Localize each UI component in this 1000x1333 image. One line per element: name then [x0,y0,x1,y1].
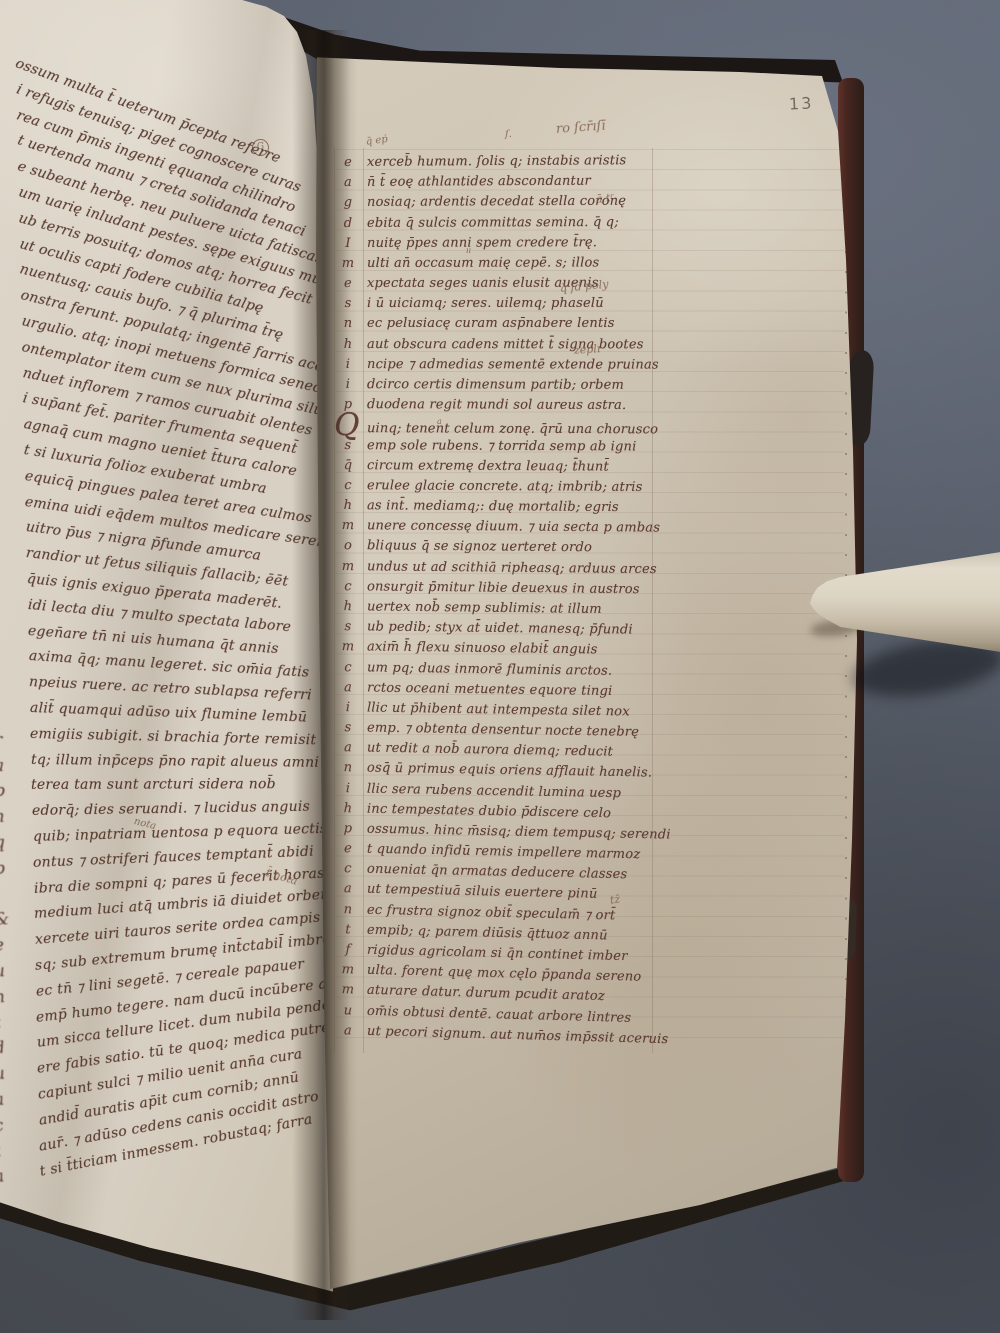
line-text: unere concessę diuum. ⁊ uia secta p amba… [367,518,660,535]
marginal-gloss: ſ. [505,129,512,140]
line-text: dcirco certis dimensum partib; orbem [367,377,624,393]
line-text: undus ut ad scithiā ripheasq; arduus arc… [367,559,657,577]
versal-initial: s [336,619,360,634]
line-text: emp sole rubens. ⁊ torrida semp ab igni [367,438,637,454]
manuscript-line: quib; inpatriam uentosa p equora uectis [32,821,327,845]
line-text: aturare datur. durum pcudit aratoz [367,983,605,1004]
versal-initial: n [336,760,360,775]
line-text: ec frustra signoz obit̄ speculam̄ ⁊ ort̄ [367,902,616,923]
line-text: ub pedib; styx at̄ uidet. manesq; p̄fund… [367,619,633,637]
manuscript-line: p [0,781,5,801]
manuscript-line: tq; illum inp̄ceps p̄no rapit alueus amn… [31,752,319,771]
versal-initial: h [336,801,360,816]
versal-initial: Q [334,420,358,430]
manuscript-line: npeius ruere. ac retro sublapsa referri [29,674,313,703]
versal-initial: m [336,982,360,998]
bounding-line-left [334,148,335,1053]
manuscript-line: aut redit a nob̄ aurora diemq; reducit [336,740,613,760]
manuscript-line: multi an̄ occasum maię cepē. s; illos [336,255,599,271]
manuscript-line: t [0,1142,3,1163]
line-text: onueniat q̄n armatas deducere classes [367,862,628,883]
versal-initial: m [336,962,360,978]
line-text: n̄ t̄ eoę athlantides abscondantur [367,174,591,190]
quire-mark: G [252,139,269,156]
versal-initial: a [336,680,360,695]
marginal-gloss: zeṕlı [574,342,601,357]
manuscript-line: q̄circum extremę dextra leuaq; t̄hunt̄ [336,458,609,475]
manuscript-line: nec pelusiacę curam asp̄nabere lentis [336,316,615,331]
manuscript-line: alit̄ quamqui adūso uix flumine lembū [29,700,307,726]
versal-initial: h [336,337,360,352]
versal-initial: e [336,276,360,291]
manuscript-line: et quando infidū remis impellere marmoz [336,841,641,862]
line-text: rigidus agricolam si q̄n continet imber [367,943,628,964]
line-text: um pq; duas inmorē fluminis arctos. [367,660,612,678]
manuscript-line: q [0,833,5,853]
line-text: llic sera rubens accendit lumina uesp [367,781,621,801]
line-text: i ū uiciamq; seres. uilemq; phaselū [367,296,604,311]
manuscript-line: an̄ t̄ eoę athlantides abscondantur [336,174,591,190]
versal-initial: u [336,1003,360,1019]
manuscript-line: e [0,935,5,956]
versal-initial: f [336,942,360,958]
bounding-line-right [652,148,653,1053]
versal-initial: o [336,538,360,553]
line-text: ebita q̄ sulcis committas semina. q̄ q; [367,214,619,230]
manuscript-line: obliquus q̄ se signoz uerteret ordo [336,538,592,555]
versal-initial: i [336,357,360,372]
versal-initial: n [336,902,360,918]
manuscript-line: n [0,987,6,1008]
line-text: osq̄ ū primus equis oriens afflauit hane… [367,761,652,781]
versal-initial: a [336,881,360,897]
manuscript-line: semp. ⁊ obtenta densentur nocte tenebrę [336,720,639,740]
manuscript-line: cum pq; duas inmorē fluminis arctos. [336,660,612,679]
manuscript-line: c [0,1115,5,1136]
manuscript-line: aut tempestiuā siluis euertere pinū [336,881,598,902]
manuscript-line: Quinq; tenent celum zonę. q̄rū una choru… [336,417,658,437]
marginal-gloss: ā tʳ [595,191,615,206]
marginal-gloss: q̄ eṕ [365,134,388,148]
versal-initial: g [336,195,360,210]
manuscript-line: pduodena regit mundi sol aureus astra. [336,397,626,413]
manuscript-line: t [0,1013,2,1034]
manuscript-line: munere concessę diuum. ⁊ uia secta p amb… [336,518,660,536]
versal-initial: i [336,781,360,796]
versal-initial: c [336,660,360,675]
versal-initial: c [336,861,360,877]
manuscript-line: si ū uiciamq; seres. uilemq; phaselū [336,296,604,311]
line-text: uertex nob̄ semp sublimis: at illum [367,599,602,617]
manuscript-line: arctos oceani metuentes equore tingi [336,680,613,699]
manuscript-line: a [0,756,4,776]
manuscript-line: p [0,858,5,878]
manuscript-line: & [0,909,10,930]
manuscript-line: d [0,1038,6,1059]
line-text: ulti an̄ occasum maię cepē. s; illos [367,255,599,271]
line-text: ut tempestiuā siluis euertere pinū [367,882,598,902]
line-text: ulta. forent quę mox cęlo p̄panda sereno [367,963,642,985]
manuscript-line: emigiis subigit. si brachia forte remisi… [30,726,317,748]
marginal-gloss: ıı [466,246,471,255]
manuscript-line: consurgit p̄mitur libie deuexus in austr… [336,579,640,597]
line-text: t quando infidū remis impellere marmoz [367,842,641,863]
manuscript-line: possumus. hinc m̄sisq; diem tempusq; ser… [336,821,671,843]
manuscript-line: illic sera rubens accendit lumina uesp [336,781,621,801]
manuscript-line: u [0,1064,6,1085]
line-text: emp. ⁊ obtenta densentur nocte tenebrę [367,721,639,740]
versal-initial: a [336,1023,360,1039]
marginal-gloss: a [437,417,442,426]
manuscript-photo: { "scene": { "description_colors": { "ba… [0,0,1000,1333]
manuscript-line: exerceb̄ humum. ſolis q; instabis aristi… [336,153,626,170]
versal-initial: s [336,720,360,735]
manuscript-line: u [0,961,6,982]
line-text: empib; q; parem diūsis q̄ttuoz annū [367,923,608,944]
manuscript-line: mundus ut ad scithiā ripheasq; arduus ar… [336,559,657,577]
manuscript-line: debita q̄ sulcis committas semina. q̄ q; [336,214,619,230]
marginal-gloss: tz̄ [609,893,621,907]
versal-initial: p [336,821,360,836]
versal-initial: m [336,559,360,574]
manuscript-line: tempib; q; parem diūsis q̄ttuoz annū [336,922,608,943]
manuscript-line: hinc tempestates dubio p̄discere celo [336,801,611,821]
manuscript-line: conueniat q̄n armatas deducere classes [336,861,628,882]
manuscript-line: cerulee glacie concrete. atq; imbrib; at… [336,478,643,495]
versal-initial: s [336,296,360,311]
line-text: inc tempestates dubio p̄discere celo [367,801,611,821]
line-text: circum extremę dextra leuaq; t̄hunt̄ [367,458,609,474]
versal-initial: a [336,175,360,190]
line-text: ut redit a nob̄ aurora diemq; reducit [367,741,613,760]
versal-initial: m [336,256,360,271]
versal-initial: e [336,155,360,170]
versal-initial: c [336,478,360,493]
manuscript-line: idcirco certis dimensum partib; orbem [336,377,624,393]
line-text: nuitę p̄pes anni spem credere t̄rę. [367,235,597,251]
manuscript-line: frigidus agricolam si q̄n continet imber [336,942,628,964]
manuscript-line: nosq̄ ū primus equis oriens afflauit han… [336,760,652,781]
folio-number: 13 [789,93,814,113]
marginal-gloss: ro ſcr̄ıſī [555,119,606,137]
versal-initial: t [336,922,360,938]
manuscript-line: has int̄. mediamq;: duę mortalib; egris [336,498,619,515]
manuscript-line: multa. forent quę mox cęlo p̄panda seren… [336,962,642,985]
manuscript-line: illic ut p̄hibent aut intempesta silet n… [336,700,630,719]
versal-initial: q̄ [336,458,360,473]
line-text: llic ut p̄hibent aut intempesta silet no… [367,700,630,719]
versal-initial: d [336,215,360,230]
versal-initial: i [336,377,360,392]
line-text: axim̄ h̄ flexu sinuoso elabit̄ anguis [367,640,598,658]
manuscript-line: terea tam sunt arcturi sidera nob̄ [31,777,276,794]
line-text: ut pecori signum. aut num̄os imp̄ssit ac… [367,1024,669,1047]
versal-initial: c [336,579,360,594]
versal-initial: e [336,841,360,856]
line-text: nosiaq; ardentis decedat stella coronę [367,194,626,210]
manuscript-line: huertex nob̄ semp sublimis: at illum [336,599,602,617]
line-text: duodena regit mundi sol aureus astra. [367,397,626,413]
versal-initial: a [336,740,360,755]
manuscript-line: semp sole rubens. ⁊ torrida semp ab igni [336,438,637,454]
manuscript-line: edorq̄; dies seruandi. ⁊ lucidus anguis [32,799,310,819]
manuscript-line: aut pecori signum. aut num̄os imp̄ssit a… [336,1023,669,1047]
manuscript-line: sub pedib; styx at̄ uidet. manesq; p̄fun… [336,619,633,638]
marginal-gloss: q̄ ſd poly [559,278,608,295]
line-text: erulee glacie concrete. atq; imbrib; atr… [367,478,643,495]
versal-initial: s [336,438,360,453]
manuscript-line: incipe ⁊ admedias sementē extende pruina… [336,357,659,373]
line-text: onsurgit p̄mitur libie deuexus in austro… [367,579,640,597]
versal-initial: m [336,639,360,654]
manuscript-line: a [0,1090,6,1111]
manuscript-line: a [0,1167,6,1189]
line-text: ec pelusiacę curam asp̄nabere lentis [367,316,615,331]
versal-initial: h [336,498,360,513]
manuscript-line: maxim̄ h̄ flexu sinuoso elabit̄ anguis [336,639,598,657]
manuscript-line: uom̄is obtusi dentē. cauat arbore lintre… [336,1003,632,1026]
line-text: om̄is obtusi dentē. cauat arbore lintres [367,1003,632,1025]
manuscript-line: gnosiaq; ardentis decedat stella coronę [336,194,626,210]
versal-initial: n [336,316,360,331]
line-text: as int̄. mediamq;: duę mortalib; egris [367,498,619,515]
line-text: bliquus q̄ se signoz uerteret ordo [367,539,592,556]
line-text: xerceb̄ humum. ſolis q; instabis aristis [367,153,626,170]
versal-initial: i [336,700,360,715]
manuscript-line: maturare datur. durum pcudit aratoz [336,982,605,1004]
versal-initial: I [336,236,360,251]
line-text: uinq; tenent celum zonę. q̄rū una chorus… [367,421,658,437]
line-text: ncipe ⁊ admedias sementē extende pruinas [367,357,659,373]
line-text: rctos oceani metuentes equore tingi [367,680,613,699]
line-text: aut obscura cadens mittet t̄ signa boote… [367,337,644,352]
versal-initial: h [336,599,360,614]
manuscript-line: h [0,807,5,827]
versal-initial: m [336,518,360,533]
manuscript-line: nec frustra signoz obit̄ speculam̄ ⁊ ort… [336,902,616,923]
manuscript-line: r [0,730,2,750]
line-text: ossumus. hinc m̄sisq; diem tempusq; sere… [367,822,671,843]
